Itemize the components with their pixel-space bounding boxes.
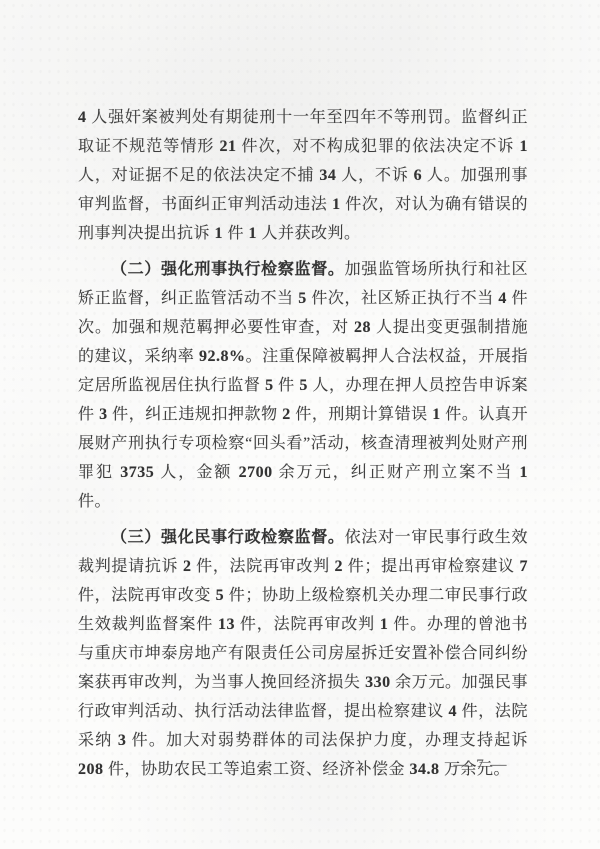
emphasis-text: 5 [216,587,225,604]
page-number: — 7 — [436,757,526,774]
body-text: 件次，社区矫正执行不当 [307,290,499,307]
emphasis-text: 1 [215,225,224,242]
document-body: 4 人强奸案被判处有期徒刑十一年至四年不等刑罚。监督纠正取证不规范等情形 21 … [78,103,528,791]
emphasis-text: 3 [99,406,108,423]
emphasis-text: 34 [319,167,336,184]
body-text: 件，法院再审改判 [191,558,334,575]
emphasis-text: 2 [335,558,344,575]
emphasis-text: 1 [519,464,528,481]
emphasis-text: （二）强化刑事执行检察监督。 [111,261,345,278]
emphasis-text: 4 [448,703,457,720]
body-text: 件，协助农民工等追索工资、经济补偿金 [104,761,410,778]
body-text: 件，刑期计算错误 [291,406,433,423]
emphasis-text: 2700 [239,464,273,481]
emphasis-text: 1 [519,138,528,155]
emphasis-text: （三）强化民事行政检察监督。 [111,529,345,546]
body-text: 件，法院再审改变 [78,587,216,604]
body-text: 件。 [78,493,111,510]
body-text: 人，对证据不足的依法决定不捕 [78,167,319,184]
emphasis-text: 2 [282,406,291,423]
emphasis-text: 5 [265,377,274,394]
emphasis-text: 5 [299,377,308,394]
emphasis-text: 92.8% [199,348,246,365]
body-text: 件，纠正违规扣押款物 [108,406,283,423]
emphasis-text: 1 [332,196,341,213]
emphasis-text: 3735 [120,464,154,481]
emphasis-text: 4 [498,290,507,307]
emphasis-text: 21 [220,138,237,155]
body-text: 余万元，纠正财产刑立案不当 [273,464,520,481]
emphasis-text: 1 [249,225,258,242]
body-text: 人，金额 [154,464,238,481]
scanned-document-page: 4 人强奸案被判处有期徒刑十一年至四年不等刑罚。监督纠正取证不规范等情形 21 … [0,0,600,849]
body-text: 人，不诉 [336,167,413,184]
paragraph: （二）强化刑事执行检察监督。加强监管场所执行和社区矫正监督，纠正监管活动不当 5… [78,255,528,516]
emphasis-text: 7 [519,558,528,575]
body-text: 件，法院再审改判 [235,616,380,633]
emphasis-text: 5 [298,290,307,307]
body-text: 件；提出再审检察建议 [343,558,519,575]
emphasis-text: 28 [354,319,371,336]
emphasis-text: 1 [432,406,441,423]
emphasis-text: 208 [78,761,104,778]
body-text: 件。加大对弱势群体的司法保护力度，办理支持起诉 [126,732,528,749]
body-text: 件次，对不构成犯罪的依法决定不诉 [237,138,520,155]
emphasis-text: 13 [218,616,235,633]
emphasis-text: 330 [365,674,391,691]
body-text: 人并获改判。 [257,225,361,242]
body-text: 件 [223,225,249,242]
emphasis-text: 4 [78,109,87,126]
body-text: 件 [274,377,300,394]
paragraph: （三）强化民事行政检察监督。依法对一审民事行政生效裁判提请抗诉 2 件，法院再审… [78,523,528,784]
emphasis-text: 6 [414,167,423,184]
paragraph: 4 人强奸案被判处有期徒刑十一年至四年不等刑罚。监督纠正取证不规范等情形 21 … [78,103,528,248]
